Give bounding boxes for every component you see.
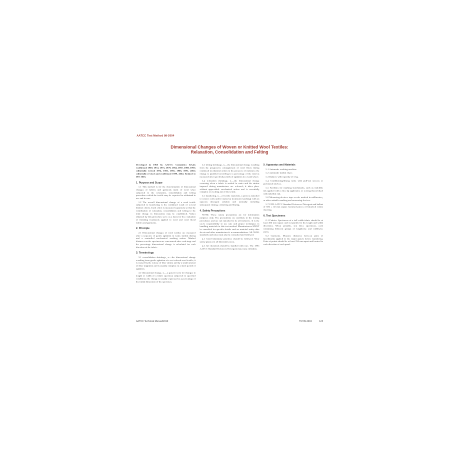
document-page: AATCC Test Method 99-2004 Dimensional Ch… — [136, 132, 323, 324]
document-paragraph: 3.4 relaxation shrinkage, n.—the dimensi… — [200, 179, 260, 194]
document-paragraph: 2.1 Dimensional changes of wool textiles… — [136, 231, 196, 248]
document-paragraph: 5.5 Facilities for marking benchmarks, s… — [263, 186, 323, 195]
development-history: Developed in 1968 by AATCC Committee RA4… — [136, 164, 196, 179]
section-heading: 4. Safety Precautions — [200, 209, 260, 212]
section-heading: 1. Purpose and Scope — [136, 181, 196, 184]
document-paragraph: 3.1 consolidation shrinkage, n.—the dime… — [136, 256, 196, 271]
body-columns: Developed in 1968 by AATCC Committee RA4… — [136, 164, 323, 311]
document-paragraph: 3.5 laundering, n.—of textile materials,… — [200, 195, 260, 207]
document-paragraph: 4.1 Good laboratory practices should be … — [200, 238, 260, 244]
footer-method-label: TM 99-2004 — [299, 320, 312, 322]
footer-page-number: 123 — [319, 320, 323, 322]
section-heading: 5. Apparatus and Materials — [263, 164, 323, 167]
document-paragraph: 5.2 Automatic tumble dryer. — [263, 172, 323, 175]
screenshot-canvas: AATCC Test Method 99-2004 Dimensional Ch… — [0, 0, 458, 458]
section-heading: 2. Principle — [136, 227, 196, 230]
document-title-line2: Relaxation, Consolidation and Felting — [136, 150, 323, 155]
document-paragraph: 5.4 Conditioning/drying racks with pull-… — [263, 180, 323, 186]
document-paragraph: 5.7 1993 AATCC Standard Reference Deterg… — [263, 203, 323, 212]
document-paragraph: 6.1 Fabrics. Specimens of a full width f… — [263, 219, 323, 234]
section-heading: 3. Terminology — [136, 252, 196, 255]
document-paragraph: NOTE: These safety precautions are for i… — [200, 214, 260, 237]
document-paragraph: 5.6 Measuring devices: tape or rule mark… — [263, 196, 323, 202]
section-heading: 6. Test Specimens — [263, 215, 323, 218]
document-paragraph: 3.3 felting shrinkage, n.—the dimensiona… — [200, 164, 260, 179]
document-paragraph: 4.2 All chemicals should be handled with… — [200, 245, 260, 251]
text-column-1: Developed in 1968 by AATCC Committee RA4… — [136, 164, 196, 311]
footer-right-group: TM 99-2004 123 — [299, 320, 323, 322]
method-number-label: AATCC Test Method 99-2004 — [136, 132, 323, 137]
footer-manual-label: AATCC Technical Manual/2010 — [136, 320, 168, 322]
document-title: Dimensional Changes of Woven or Knitted … — [136, 144, 323, 155]
document-paragraph: 1.1 This method is for the determination… — [136, 185, 196, 200]
document-page-content: AATCC Test Method 99-2004 Dimensional Ch… — [136, 132, 323, 324]
document-paragraph: 6.2 Garments. Measure distances between … — [263, 234, 323, 246]
document-paragraph: 5.1 Automatic washing machine. — [263, 168, 323, 171]
document-paragraph: 1.2 The overall dimensional change of a … — [136, 201, 196, 224]
document-paragraph: 3.2 dimensional change, n.—a generic ter… — [136, 271, 196, 283]
text-column-2: 3.3 felting shrinkage, n.—the dimensiona… — [200, 164, 260, 311]
document-paragraph: 5.3 Balance with capacity of 5 kg. — [263, 176, 323, 179]
text-column-3: 5. Apparatus and Materials5.1 Automatic … — [263, 164, 323, 311]
page-footer: AATCC Technical Manual/2010 TM 99-2004 1… — [136, 320, 323, 322]
